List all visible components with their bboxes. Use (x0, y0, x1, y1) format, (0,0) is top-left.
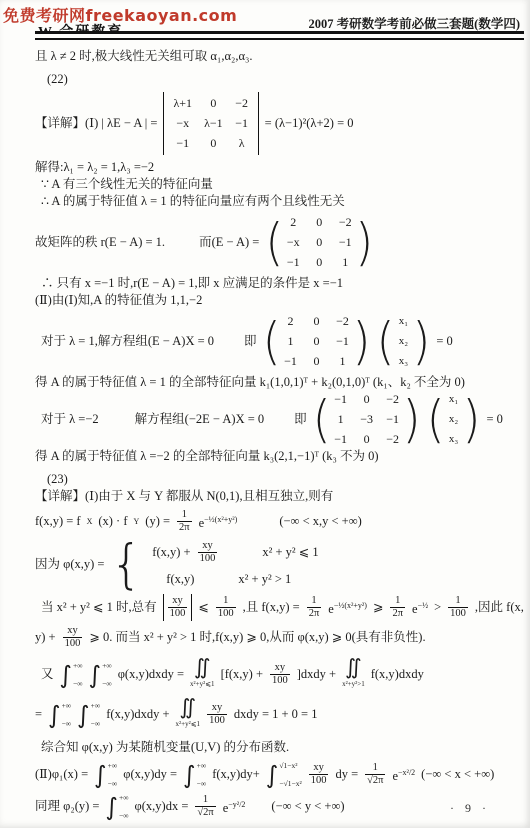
fraction: xy100 (207, 702, 227, 727)
matrix-cell: 1 (284, 333, 298, 350)
text-run: 同理 φ₂(y) = (35, 798, 99, 815)
text-run: f(x,y) + (152, 544, 190, 561)
left-paren: ( (427, 395, 445, 443)
matrix-cell: −1 (334, 431, 348, 448)
rank-text: 故矩阵的秩 r(E − A) = 1. (35, 234, 165, 251)
matrix-cell: 0 (310, 313, 324, 330)
page-number: · 9 · (450, 801, 490, 816)
integral-limits: +∞−∞ (62, 702, 72, 728)
double-integral-icon: ∬ (345, 657, 362, 678)
text-run: f(x,y)dxdy + (106, 706, 169, 723)
matrix-cell: −1 (173, 135, 192, 152)
exponent: −y²/2 (228, 800, 245, 809)
conclusion-line: 综合知 φ(x,y) 为某随机变量(U,V) 的分布函数. (35, 739, 524, 756)
upper-limit: +∞ (102, 662, 112, 670)
double-integral-region: ∬x²+y²⩽1 (190, 657, 215, 693)
text-run: φ(x,y)dx = (135, 798, 189, 815)
denominator: 100 (448, 608, 468, 620)
subscript-X: X (87, 513, 93, 530)
integral-icon: ∫ (77, 703, 90, 727)
integral-with-limits: ∫√1−x²−√1−x² (266, 762, 302, 788)
numerator: xy (198, 540, 218, 553)
matrix-intro-text: 而(E − A) = (199, 234, 259, 251)
text-run: ,且 f(x,y) = (243, 599, 300, 616)
condition-text: x² + y² ⩽ 1 (262, 544, 318, 561)
detail-23-line: 【详解】(Ⅰ)由于 X 与 Y 都服从 N(0,1),且相互独立,则有 (35, 488, 524, 505)
rank-matrix-line: 故矩阵的秩 r(E − A) = 1. 而(E − A) = ( 2 0 −2 … (35, 214, 524, 271)
case-lambda-neg2-line: 对于 λ =−2 解方程组(−2E − A)X = 0 即 ( −1 0 −2 … (35, 391, 524, 448)
text-run: 又 (41, 666, 54, 683)
integral-with-limits: ∫+∞−∞ (105, 794, 128, 820)
double-integral-region: ∬x²+y²>1 (342, 657, 365, 693)
vector-grid: x₁ x₂ x₃ (445, 391, 463, 448)
lower-limit: −∞ (73, 680, 83, 688)
numerator: 1 (448, 595, 468, 608)
text-run: ]dxdy + (297, 666, 336, 683)
integral-with-limits: ∫+∞−∞ (48, 702, 71, 728)
exponent: −½(x²+y²) (204, 515, 237, 524)
integral-icon: ∫ (94, 763, 107, 787)
vector-cell: x₁ (447, 391, 461, 408)
double-integral-region: ∬x²+y²⩽1 (176, 697, 201, 733)
coefficient-matrix: ( 2 0 −2 1 0 −1 −1 0 1 ) (263, 313, 371, 370)
denominator: 100 (270, 675, 290, 687)
denominator: 100 (168, 608, 188, 620)
integral-icon: ∫ (89, 663, 102, 687)
vector-cell: x₃ (447, 431, 461, 448)
right-paren: ) (412, 317, 430, 365)
region-label: x²+y²⩽1 (190, 676, 215, 693)
range-text: (−∞ < x < +∞) (421, 766, 494, 783)
matrix-cell: λ−1 (204, 115, 223, 132)
piecewise-row: f(x,y) x² + y² > 1 (152, 571, 318, 588)
lower-limit: −∞ (102, 680, 112, 688)
numerator: xy (63, 625, 83, 638)
eigenvectors-2-line: 得 A 的属于特征值 λ =−2 的全部特征向量 k₃(2,1,−1)ᵀ (k₃… (35, 448, 524, 465)
e-symbol: e−x²/2 (392, 764, 415, 785)
piecewise-row: f(x,y) + xy100 x² + y² ⩽ 1 (152, 540, 318, 565)
therefore-line: ∴ A 的属于特征值 λ = 1 的特征向量应有两个且线性无关 (35, 193, 524, 210)
matrix-cell: −1 (336, 333, 350, 350)
matrix-cell: 1 (336, 353, 350, 370)
lower-limit: −√1−x² (279, 780, 301, 788)
denominator: 100 (207, 715, 227, 727)
left-brace: { (110, 541, 142, 588)
matrix-grid: 2 0 −2 1 0 −1 −1 0 1 (281, 313, 353, 370)
matrix-cell: −3 (360, 411, 374, 428)
fraction: 12π (307, 595, 322, 620)
equals-zero: = 0 (486, 411, 502, 428)
numerator: xy (207, 702, 227, 715)
fraction: xy100 (63, 625, 83, 650)
text-run: f(x,y) (152, 571, 194, 588)
matrix-cell: −1 (284, 353, 298, 370)
eigenvalues-line: 解得:λ₁ = λ₂ = 1,λ₃ =−2 (35, 159, 524, 176)
left-paren: ( (265, 218, 283, 266)
integral-icon: ∫ (48, 703, 61, 727)
vector-cell: x₁ (396, 313, 410, 330)
text-run: dy = (335, 766, 358, 783)
integral-with-limits: ∫+∞−∞ (89, 662, 112, 688)
determinant-result: = (λ−1)²(λ+2) = 0 (265, 115, 354, 132)
numerator: 1 (216, 595, 236, 608)
matrix-cell: −1 (334, 391, 348, 408)
fraction: xy100 (168, 595, 188, 620)
double-integral-icon: ∬ (194, 657, 211, 678)
matrix-E-minus-A: ( 2 0 −2 −x 0 −1 −1 0 1 ) (265, 214, 373, 271)
marginal-phi1-line: (Ⅱ)φ₁(x) = ∫+∞−∞ φ(x,y)dy = ∫+∞−∞ f(x,y)… (35, 762, 524, 788)
matrix-cell: 0 (312, 254, 326, 271)
numerator: xy (309, 762, 329, 775)
matrix-cell: −1 (235, 115, 249, 132)
text-run: ⩾ 0. 而当 x² + y² > 1 时,f(x,y) ⩾ 0,从而 φ(x,… (89, 629, 425, 646)
upper-limit: +∞ (91, 702, 101, 710)
fraction: 12π (390, 595, 405, 620)
e-symbol: e−½(x²+y²) (199, 511, 238, 532)
integral-icon: ∫ (266, 763, 279, 787)
left-paren: ( (313, 395, 331, 443)
right-paren: ) (403, 395, 421, 443)
left-paren: ( (376, 317, 394, 365)
exponent: −½(x²+y²) (334, 601, 367, 610)
condition-text: x² + y² > 1 (238, 571, 291, 588)
fraction: 1√2π (195, 794, 215, 819)
upper-limit: √1−x² (279, 762, 301, 770)
denominator: 2π (177, 522, 192, 534)
region-label: x²+y²⩽1 (176, 716, 201, 733)
text-run: ,因此 f(x, (475, 599, 524, 616)
integral-line2: = ∫+∞−∞ ∫+∞−∞ f(x,y)dxdy + ∬x²+y²⩽1 xy10… (35, 697, 524, 733)
case-lambda-1-line: 对于 λ = 1,解方程组(E − A)X = 0 即 ( 2 0 −2 1 0… (35, 313, 524, 370)
denominator: 2π (390, 608, 405, 620)
lower-limit: −∞ (91, 720, 101, 728)
right-paren: ) (463, 395, 481, 443)
integral-limits: √1−x²−√1−x² (279, 762, 301, 788)
operator: > (434, 599, 441, 616)
integral-icon: ∫ (60, 663, 73, 687)
vector-cell: x₂ (396, 333, 410, 350)
double-integral-icon: ∬ (180, 697, 197, 718)
denominator: √2π (365, 775, 385, 787)
matrix-cell: 0 (310, 353, 324, 370)
vector-cell: x₂ (447, 411, 461, 428)
numerator: 1 (390, 595, 405, 608)
integral-with-limits: ∫+∞−∞ (94, 762, 117, 788)
coefficient-matrix: ( −1 0 −2 1 −3 −1 −1 0 −2 ) (313, 391, 421, 448)
case1-text: 对于 λ = 1,解方程组(E − A)X = 0 (41, 333, 214, 350)
joint-density-line: f(x,y) = fX(x) · fY(y) = 12π e−½(x²+y²) … (35, 509, 524, 534)
scanned-exam-solution-page: 免费考研网freekaoyan.com W 合研教育 2007 考研数学考前必做… (0, 0, 530, 828)
matrix-cell: 1 (338, 254, 352, 271)
text-run: [f(x,y) + (221, 666, 263, 683)
problem-22-label: (22) (35, 71, 524, 88)
integral-icon: ∫ (183, 763, 196, 787)
text-run: y) + (35, 629, 56, 646)
fraction: 1√2π (365, 762, 385, 787)
denominator: √2π (195, 807, 215, 819)
unknown-vector: ( x₁ x₂ x₃ ) (427, 391, 481, 448)
integral-limits: +∞−∞ (91, 702, 101, 728)
denominator: 100 (198, 553, 218, 565)
detail-label-text: 【详解】(Ⅰ) | λE − A | = (35, 115, 157, 132)
matrix-cell: −2 (338, 214, 352, 231)
matrix-cell: 2 (286, 214, 300, 231)
upper-limit: +∞ (62, 702, 72, 710)
right-paren: ) (353, 317, 371, 365)
text-run: (Ⅱ)φ₁(x) = (35, 766, 88, 783)
numerator: 1 (307, 595, 322, 608)
problem-23-label: (23) (35, 471, 524, 488)
matrix-cell: −2 (336, 313, 350, 330)
vector-cell: x₃ (396, 353, 410, 370)
matrix-grid: −1 0 −2 1 −3 −1 −1 0 −2 (331, 391, 403, 448)
numerator: 1 (195, 794, 215, 807)
piecewise-rows: f(x,y) + xy100 x² + y² ⩽ 1 f(x,y) x² + y… (152, 540, 318, 588)
determinant-matrix: λ+1 0 −2 −x λ−1 −1 −1 0 λ (163, 92, 258, 155)
fraction: 12π (177, 509, 192, 534)
matrix-cell: 2 (284, 313, 298, 330)
matrix-cell: −2 (386, 391, 400, 408)
integral-with-limits: ∫+∞−∞ (60, 662, 83, 688)
matrix-cell: 1 (334, 411, 348, 428)
lower-limit: −∞ (62, 720, 72, 728)
header-title: 2007 考研数学考前必做三套题(数学四) (309, 14, 520, 32)
numerator: 1 (177, 509, 192, 522)
denominator: 100 (216, 608, 236, 620)
integral-limits: +∞−∞ (73, 662, 83, 688)
vector-grid: x₁ x₂ x₃ (394, 313, 412, 370)
matrix-cell: 0 (310, 333, 324, 350)
text-run: f(x,y) = f (35, 513, 81, 530)
numerator: xy (168, 595, 188, 608)
region-label: x²+y²>1 (342, 676, 365, 693)
piecewise-definition-line: 因为 φ(x,y) = { f(x,y) + xy100 x² + y² ⩽ 1… (35, 540, 524, 588)
only-x-line: ∴ 只有 x =−1 时,r(E − A) = 1,即 x 应满足的条件是 x … (35, 275, 524, 292)
e-symbol: e−½(x²+y²) (328, 597, 367, 618)
denominator: 100 (309, 775, 329, 787)
fraction: xy100 (198, 540, 218, 565)
operator: ⩽ (198, 599, 208, 616)
matrix-cell: −1 (286, 254, 300, 271)
matrix-cell: 0 (204, 135, 223, 152)
matrix-cell: −2 (386, 431, 400, 448)
equals-zero: = 0 (436, 333, 452, 350)
text-run: φ(x,y)dxdy = (118, 666, 184, 683)
denominator: 100 (63, 638, 83, 650)
denominator: 2π (307, 608, 322, 620)
matrix-cell: λ (235, 135, 249, 152)
namely-text: 即 (244, 333, 257, 350)
integral-limits: +∞−∞ (108, 762, 118, 788)
numerator: 1 (365, 762, 385, 775)
text-run: dxdy = 1 + 0 = 1 (234, 706, 318, 723)
absolute-value: xy100 (163, 594, 193, 621)
case2-solve-text: 解方程组(−2E − A)X = 0 (135, 411, 264, 428)
matrix-cell: 0 (312, 234, 326, 251)
text-run: f(x,y)dxdy (371, 666, 424, 683)
e-symbol: e−½ (412, 597, 428, 618)
intro-line: 且 λ ≠ 2 时,极大线性无关组可取 α₁,α₂,α₃. (35, 48, 524, 65)
subscript-Y: Y (134, 513, 140, 530)
text-run: (x) · f (98, 513, 127, 530)
operator: ⩾ (373, 599, 383, 616)
text-run: 因为 φ(x,y) = (35, 556, 104, 573)
because-line: ∵ A 有三个线性无关的特征向量 (35, 176, 524, 193)
integral-line1: 又 ∫+∞−∞ ∫+∞−∞ φ(x,y)dxdy = ∬x²+y²⩽1 [f(x… (35, 657, 524, 693)
text-run: φ(x,y)dy = (123, 766, 177, 783)
eq-characteristic-determinant: 【详解】(Ⅰ) | λE − A | = λ+1 0 −2 −x λ−1 −1 … (35, 92, 524, 155)
integral-with-limits: ∫+∞−∞ (183, 762, 206, 788)
matrix-cell: −1 (386, 411, 400, 428)
watermark-text: 免费考研网freekaoyan.com (3, 3, 237, 26)
exponent: −x²/2 (398, 768, 415, 777)
lower-limit: −∞ (197, 780, 207, 788)
eigenvectors-1-line: 得 A 的属于特征值 λ = 1 的全部特征向量 k₁(1,0,1)ᵀ + k₂… (35, 374, 524, 391)
nonneg-argument-line2: y) + xy100 ⩾ 0. 而当 x² + y² > 1 时,f(x,y) … (35, 625, 524, 650)
matrix-cell: 0 (204, 95, 223, 112)
nonneg-argument-line1: 当 x² + y² ⩽ 1 时,总有 xy100 ⩽ 1100 ,且 f(x,y… (35, 594, 524, 621)
fraction: 1100 (216, 595, 236, 620)
text-run: f(x,y)dy+ (212, 766, 260, 783)
matrix-cell: −2 (235, 95, 249, 112)
e-symbol: e−y²/2 (223, 796, 246, 817)
matrix-cell: −1 (338, 234, 352, 251)
integral-limits: +∞−∞ (119, 794, 129, 820)
operator: = (35, 706, 42, 723)
left-paren: ( (263, 317, 281, 365)
integral-icon: ∫ (105, 795, 118, 819)
matrix-cell: −x (173, 115, 192, 132)
integral-limits: +∞−∞ (102, 662, 112, 688)
fraction: 1100 (448, 595, 468, 620)
right-paren: ) (355, 218, 373, 266)
page-body: 且 λ ≠ 2 时,极大线性无关组可取 α₁,α₂,α₃. (22) 【详解】(… (35, 48, 524, 820)
lower-limit: −∞ (108, 780, 118, 788)
upper-limit: +∞ (119, 794, 129, 802)
header-double-rule (35, 31, 524, 40)
matrix-grid: 2 0 −2 −x 0 −1 −1 0 1 (283, 214, 355, 271)
part2-line: (Ⅱ)由(Ⅰ)知,A 的特征值为 1,1,−2 (35, 292, 524, 309)
fraction: xy100 (309, 762, 329, 787)
upper-limit: +∞ (108, 762, 118, 770)
matrix-cell: 0 (312, 214, 326, 231)
case2-text: 对于 λ =−2 (41, 411, 99, 428)
fraction: xy100 (270, 662, 290, 687)
unknown-vector: ( x₁ x₂ x₃ ) (376, 313, 430, 370)
matrix-cell: −x (286, 234, 300, 251)
range-text: (−∞ < y < +∞) (271, 798, 344, 815)
range-text: (−∞ < x,y < +∞) (279, 513, 361, 530)
upper-limit: +∞ (73, 662, 83, 670)
matrix-cell: 0 (360, 431, 374, 448)
integral-limits: +∞−∞ (197, 762, 207, 788)
namely-text: 即 (294, 411, 307, 428)
integral-with-limits: ∫+∞−∞ (77, 702, 100, 728)
text-run: (y) = (145, 513, 170, 530)
exponent: −½ (418, 601, 429, 610)
matrix-cell: λ+1 (173, 95, 192, 112)
upper-limit: +∞ (197, 762, 207, 770)
matrix-cell: 0 (360, 391, 374, 408)
lower-limit: −∞ (119, 812, 129, 820)
text-run: 当 x² + y² ⩽ 1 时,总有 (41, 599, 157, 616)
numerator: xy (270, 662, 290, 675)
